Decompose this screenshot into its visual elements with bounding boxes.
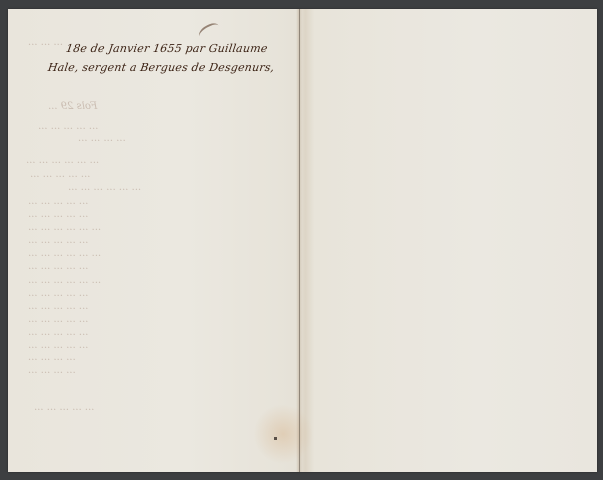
bleed-line: ... ... ... ... ... xyxy=(28,327,88,338)
bleed-line: ... ... ... ... ... ... xyxy=(28,275,101,286)
bleed-line: ... ... ... ... ... xyxy=(28,235,88,246)
ink-flourish xyxy=(196,20,221,41)
bleed-line: Fols 29 ... xyxy=(48,101,97,112)
bleed-line: ... ... ... ... xyxy=(28,365,76,376)
bleed-line: ... ... ... ... ... xyxy=(28,209,88,220)
manuscript-sheet: 18e de Janvier 1655 par Guillaume Hale, … xyxy=(8,9,597,472)
bleed-line: ... ... ... ... ... xyxy=(34,402,94,413)
left-page: 18e de Janvier 1655 par Guillaume Hale, … xyxy=(8,9,298,472)
bleed-line: ... ... ... ... ... xyxy=(38,121,98,132)
header-line-2: Hale, sergent a Bergues de Desgenurs, xyxy=(47,61,275,74)
bleed-line: ... ... ... ... ... ... xyxy=(28,248,101,259)
bleed-line: ... ... ... ... ... xyxy=(28,314,88,325)
ink-speck xyxy=(274,437,277,440)
bleed-line: ... ... ... ... xyxy=(28,352,76,363)
bleed-line: ... ... ... ... ... ... xyxy=(28,222,101,233)
bleed-line: ... ... ... ... ... ... xyxy=(26,155,99,166)
bleed-line: ... ... ... ... xyxy=(78,133,126,144)
bleed-line: ... ... ... ... ... xyxy=(28,340,88,351)
bleed-line: ... ... ... ... ... ... xyxy=(68,182,141,193)
right-page xyxy=(300,11,597,470)
bleed-line: ... ... ... xyxy=(28,37,63,48)
bleed-line: ... ... ... ... ... xyxy=(28,301,88,312)
header-line-1: 18e de Janvier 1655 par Guillaume xyxy=(65,42,268,55)
bleed-line: ... ... ... ... ... xyxy=(28,261,88,272)
bleed-line: ... ... ... ... ... xyxy=(28,196,88,207)
bleed-line: ... ... ... ... ... xyxy=(28,288,88,299)
bleed-line: ... ... ... ... ... xyxy=(30,169,90,180)
